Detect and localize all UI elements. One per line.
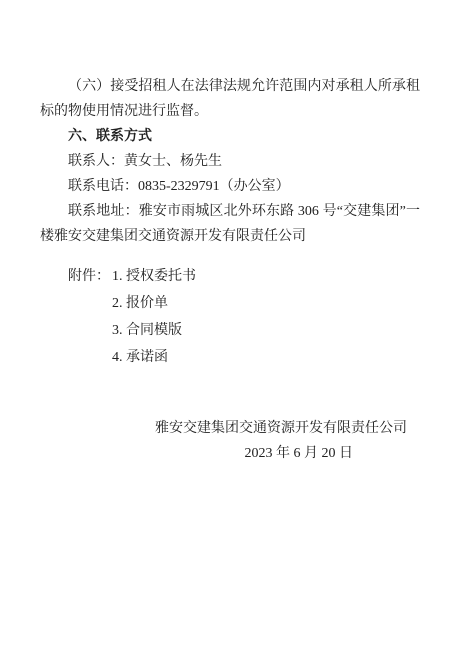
document-page: （六）接受招租人在法律法规允许范围内对承租人所承租标的物使用情况进行监督。 六、… xyxy=(0,0,460,667)
attachment-item-authorization-letter: 1. 授权委托书 xyxy=(112,263,196,290)
attachments-label: 附件： xyxy=(68,263,110,371)
attachment-item-contract-template: 3. 合同模版 xyxy=(112,317,196,344)
contact-person-line: 联系人：黄女士、杨先生 xyxy=(40,149,420,174)
attachment-item-quotation-sheet: 2. 报价单 xyxy=(112,290,196,317)
signature-date: 2023 年 6 月 20 日 xyxy=(40,441,420,466)
attachments-list: 1. 授权委托书 2. 报价单 3. 合同模版 4. 承诺函 xyxy=(112,263,196,371)
contact-phone-value: 0835-2329791（办公室） xyxy=(138,179,290,194)
contact-phone-line: 联系电话：0835-2329791（办公室） xyxy=(40,174,420,199)
signature-company-name: 雅安交建集团交通资源开发有限责任公司 xyxy=(40,416,420,441)
contact-person-value: 黄女士、杨先生 xyxy=(124,154,222,169)
attachments-block: 附件： 1. 授权委托书 2. 报价单 3. 合同模版 4. 承诺函 xyxy=(40,263,420,371)
contact-address-label: 联系地址： xyxy=(68,204,139,219)
clause-paragraph: （六）接受招租人在法律法规允许范围内对承租人所承租标的物使用情况进行监督。 xyxy=(40,74,420,124)
attachment-item-commitment-letter: 4. 承诺函 xyxy=(112,344,196,371)
contact-phone-label: 联系电话： xyxy=(68,179,138,194)
signature-block: 雅安交建集团交通资源开发有限责任公司 2023 年 6 月 20 日 xyxy=(40,416,420,466)
contact-section-heading: 六、联系方式 xyxy=(40,124,420,149)
contact-address-line: 联系地址：雅安市雨城区北外环东路 306 号“交建集团”一楼雅安交建集团交通资源… xyxy=(40,199,420,249)
contact-person-label: 联系人： xyxy=(68,154,124,169)
